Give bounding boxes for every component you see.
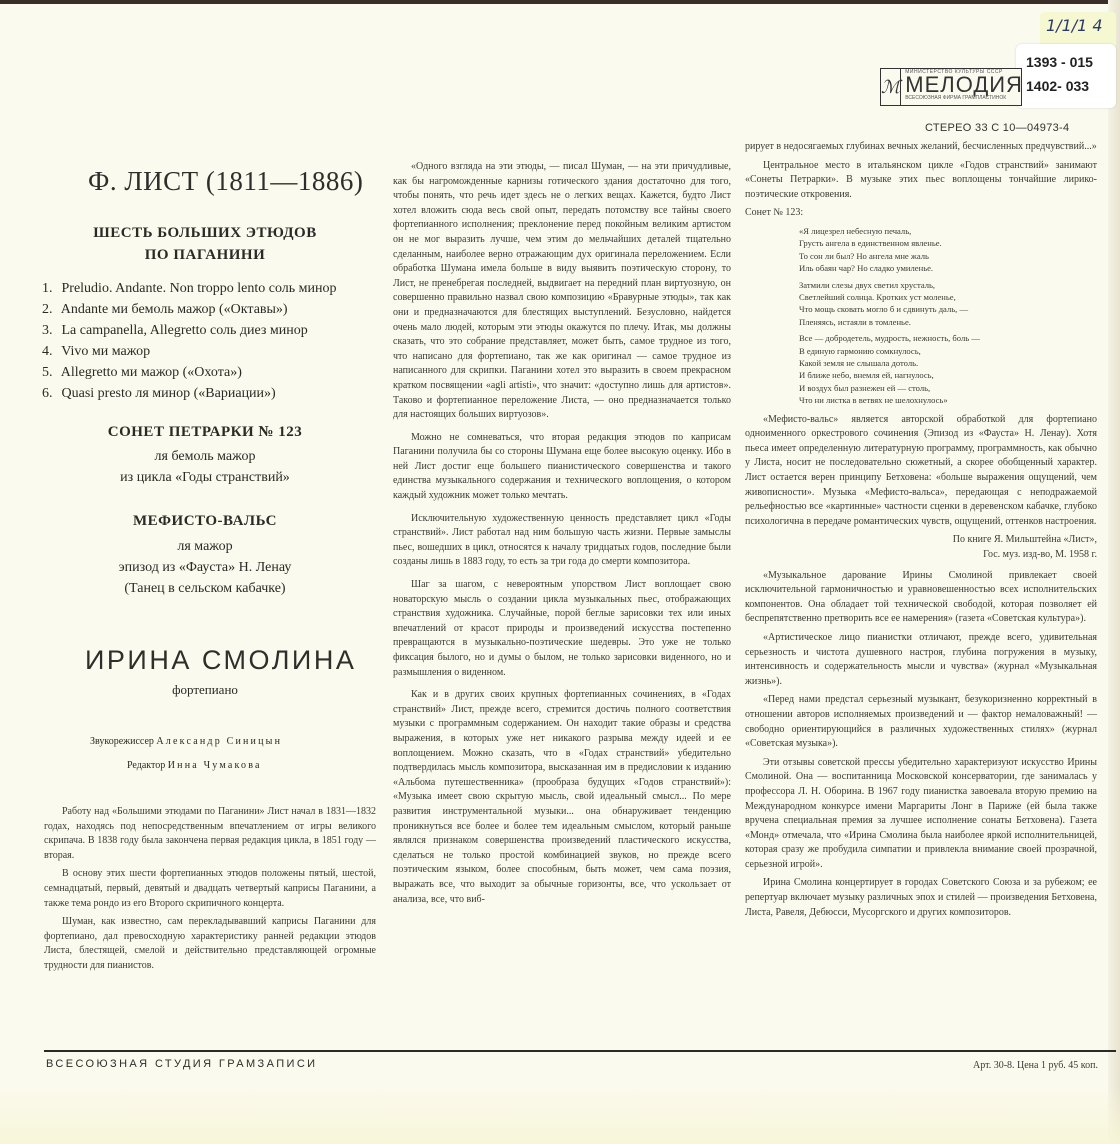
credit-name: Александр Синицын bbox=[156, 736, 282, 747]
editor-credit: Редактор Инна Чумакова bbox=[127, 760, 262, 771]
poem-stanza: Затмили слезы двух светил хрусталь,Светл… bbox=[799, 279, 1097, 329]
handwritten-note: 1/1/1 4 bbox=[1040, 12, 1116, 48]
footer-rule bbox=[44, 1050, 1116, 1052]
poem-line: Затмили слезы двух светил хрусталь, bbox=[799, 279, 1097, 291]
track-number: 6. bbox=[42, 383, 58, 404]
paragraph: Как и в других своих крупных фортепианны… bbox=[393, 688, 731, 907]
sleeve-right-edge bbox=[1108, 0, 1120, 1144]
poem-stanza: «Я лицезрел небесную печаль,Грусть ангел… bbox=[799, 225, 1097, 275]
track-item: 2. Andante ми бемоль мажор («Октавы») bbox=[42, 299, 337, 320]
mephisto-dance: (Танец в сельском кабачке) bbox=[15, 578, 395, 599]
mephisto-key: ля мажор bbox=[15, 536, 395, 557]
logo-brand: МЕЛОДИЯ bbox=[905, 75, 1023, 95]
poem-line: Иль обаян чар? Но сладко умиленье. bbox=[799, 262, 1097, 274]
poem-line: И ближе небо, внемля ей, нагнулось, bbox=[799, 369, 1097, 381]
liner-notes-intro: Работу над «Большими этюдами по Паганини… bbox=[44, 805, 376, 978]
track-number: 2. bbox=[42, 299, 58, 320]
track-item: 4. Vivo ми мажор bbox=[42, 341, 337, 362]
sonnet-key: ля бемоль мажор bbox=[15, 446, 395, 467]
paragraph: Исключительную художественную ценность п… bbox=[393, 512, 731, 570]
track-title: Vivo ми мажор bbox=[61, 344, 150, 359]
sticker-code: 1402- 033 bbox=[1016, 74, 1116, 98]
poem-line: Какой земля не слышала дотоль. bbox=[799, 357, 1097, 369]
liner-notes-middle: «Одного взгляда на эти этюды, — писал Шу… bbox=[393, 160, 731, 915]
track-number: 4. bbox=[42, 341, 58, 362]
mephisto-paragraph: «Мефисто-вальс» является авторской обраб… bbox=[745, 413, 1097, 530]
track-item: 5. Allegretto ми мажор («Охота») bbox=[42, 362, 337, 383]
track-number: 1. bbox=[42, 278, 58, 299]
track-number: 3. bbox=[42, 320, 58, 341]
sound-engineer-credit: Звукорежиссер Александр Синицын bbox=[90, 736, 282, 747]
source-citation: По книге Я. Мильштейна «Лист», Гос. муз.… bbox=[745, 533, 1097, 562]
melodiya-mark-icon: ℳ bbox=[881, 69, 901, 105]
paragraph: Шаг за шагом, с невероятным упорством Ли… bbox=[393, 578, 731, 680]
mephisto-heading: МЕФИСТО-ВАЛЬС bbox=[15, 513, 395, 530]
poem-line: «Я лицезрел небесную печаль, bbox=[799, 225, 1097, 237]
track-item: 3. La campanella, Allegretto соль диез м… bbox=[42, 320, 337, 341]
sonnet-heading: СОНЕТ ПЕТРАРКИ № 123 bbox=[15, 424, 395, 441]
poem-line: В единую гармонию сомкнулось, bbox=[799, 345, 1097, 357]
credit-name: Инна Чумакова bbox=[168, 760, 262, 771]
poem-line: Светлейший солнца. Кротких уст моленье, bbox=[799, 291, 1097, 303]
track-number: 5. bbox=[42, 362, 58, 383]
sonnet-subtitle: ля бемоль мажор из цикла «Годы странстви… bbox=[15, 446, 395, 488]
sonnet-cycle: из цикла «Годы странствий» bbox=[15, 467, 395, 488]
track-title: Preludio. Andante. Non troppo lento соль… bbox=[62, 281, 337, 296]
etudes-heading-line: ШЕСТЬ БОЛЬШИХ ЭТЮДОВ bbox=[15, 222, 395, 244]
poem-line: Все — добродетель, мудрость, нежность, б… bbox=[799, 332, 1097, 344]
performer-name: ИРИНА СМОЛИНА bbox=[85, 645, 356, 676]
paper-tint bbox=[0, 1084, 1120, 1144]
catalog-number: СТЕРЕО 33 С 10—04973-4 bbox=[925, 122, 1069, 134]
paragraph: Шуман, как известно, сам перекладывавший… bbox=[44, 915, 376, 973]
track-list: 1. Preludio. Andante. Non troppo lento с… bbox=[42, 278, 337, 404]
studio-name: ВСЕСОЮЗНАЯ СТУДИЯ ГРАМЗАПИСИ bbox=[46, 1058, 317, 1070]
paragraph: Ирина Смолина концертирует в городах Сов… bbox=[745, 876, 1097, 920]
library-sticker: 1393 - 015 1402- 033 bbox=[1016, 44, 1116, 108]
credit-label: Звукорежиссер bbox=[90, 736, 154, 747]
poem-line: Грусть ангела в единственном явленье. bbox=[799, 237, 1097, 249]
mephisto-episode: эпизод из «Фауста» Н. Ленау bbox=[15, 557, 395, 578]
paragraph: Эти отзывы советской прессы убедительно … bbox=[745, 756, 1097, 873]
source-line: Гос. муз. изд-во, М. 1958 г. bbox=[745, 548, 1097, 563]
etudes-heading: ШЕСТЬ БОЛЬШИХ ЭТЮДОВ ПО ПАГАНИНИ bbox=[15, 222, 395, 266]
logo-bottom-text: ВСЕСОЮЗНАЯ ФИРМА ГРАМПЛАСТИНОК bbox=[905, 95, 1023, 101]
paragraph: «Артистическое лицо пианистки отличают, … bbox=[745, 631, 1097, 689]
credit-label: Редактор bbox=[127, 760, 165, 771]
melodiya-logo: ℳ МИНИСТЕРСТВО КУЛЬТУРЫ СССР МЕЛОДИЯ ВСЕ… bbox=[880, 68, 1022, 106]
poem-line: Пленяясь, истаяли в томленье. bbox=[799, 316, 1097, 328]
paragraph: В основу этих шести фортепианных этюдов … bbox=[44, 867, 376, 911]
sonnets-intro: Центральное место в итальянском цикле «Г… bbox=[745, 159, 1097, 203]
poem-line: Что мощь сковать могло б и сдвинуть даль… bbox=[799, 303, 1097, 315]
track-item: 1. Preludio. Andante. Non troppo lento с… bbox=[42, 278, 337, 299]
instrument: фортепиано bbox=[15, 682, 395, 698]
continuation-paragraph: рирует в недосягаемых глубинах вечных же… bbox=[745, 140, 1097, 155]
poem-line: То сон ли был? Но ангела мне жаль bbox=[799, 250, 1097, 262]
track-title: La campanella, Allegretto соль диез мино… bbox=[62, 323, 308, 338]
source-line: По книге Я. Мильштейна «Лист», bbox=[745, 533, 1097, 548]
composer-title: Ф. ЛИСТ (1811—1886) bbox=[88, 166, 363, 197]
sticker-code: 1393 - 015 bbox=[1016, 50, 1116, 74]
sonnet-poem: «Я лицезрел небесную печаль,Грусть ангел… bbox=[799, 225, 1097, 407]
paragraph: «Одного взгляда на эти этюды, — писал Шу… bbox=[393, 160, 731, 423]
paragraph: Работу над «Большими этюдами по Паганини… bbox=[44, 805, 376, 863]
logo-text: МИНИСТЕРСТВО КУЛЬТУРЫ СССР МЕЛОДИЯ ВСЕСО… bbox=[901, 69, 1023, 105]
price-info: Арт. 30-8. Цена 1 руб. 45 коп. bbox=[973, 1060, 1098, 1071]
paragraph: Можно не сомневаться, что вторая редакци… bbox=[393, 431, 731, 504]
etudes-heading-line: ПО ПАГАНИНИ bbox=[15, 244, 395, 266]
liner-notes-right: рирует в недосягаемых глубинах вечных же… bbox=[745, 140, 1097, 924]
poem-stanza: Все — добродетель, мудрость, нежность, б… bbox=[799, 332, 1097, 406]
paragraph: «Перед нами предстал серьезный музыкант,… bbox=[745, 693, 1097, 751]
poem-line: Что ни листка в ветвях не шелохнулось» bbox=[799, 394, 1097, 406]
track-title: Allegretto ми мажор («Охота») bbox=[61, 365, 242, 380]
paragraph: «Музыкальное дарование Ирины Смолиной пр… bbox=[745, 569, 1097, 627]
track-title: Andante ми бемоль мажор («Октавы») bbox=[61, 302, 288, 317]
sonnet-label: Сонет № 123: bbox=[745, 206, 1097, 221]
track-title: Quasi presto ля минор («Вариации») bbox=[62, 386, 276, 401]
top-edge-shadow bbox=[0, 0, 1120, 4]
track-item: 6. Quasi presto ля минор («Вариации») bbox=[42, 383, 337, 404]
press-reviews: «Музыкальное дарование Ирины Смолиной пр… bbox=[745, 569, 1097, 921]
mephisto-subtitle: ля мажор эпизод из «Фауста» Н. Ленау (Та… bbox=[15, 536, 395, 599]
poem-line: И воздух был разнежен ей — столь, bbox=[799, 382, 1097, 394]
